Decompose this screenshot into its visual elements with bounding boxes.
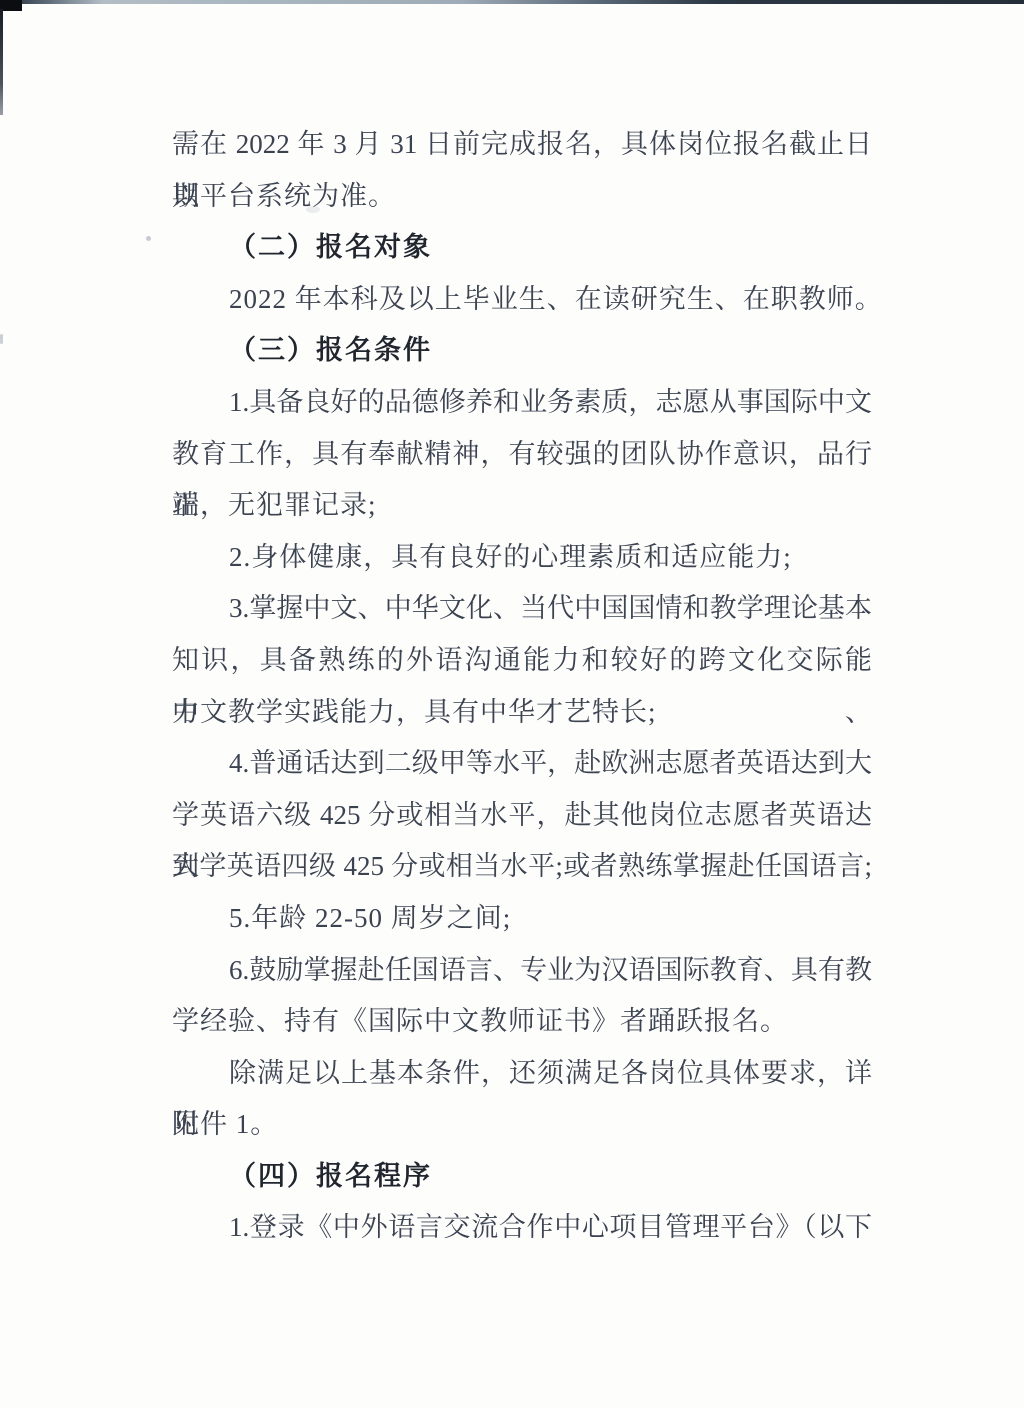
scan-artifact-corner-blob bbox=[0, 0, 22, 11]
doc-line: 3.掌握中文、中华文化、当代中国国情和教学理论基本 bbox=[172, 583, 872, 635]
scan-artifact-top-edge bbox=[0, 0, 1024, 4]
scan-speck bbox=[0, 334, 3, 344]
doc-line: 除满足以上基本条件，还须满足各岗位具体要求，详见 bbox=[172, 1048, 872, 1100]
doc-line: 大学英语四级 425 分或相当水平;或者熟练掌握赴任国语言; bbox=[172, 841, 872, 893]
scan-artifact-left-edge bbox=[0, 9, 3, 115]
doc-line: 教育工作，具有奉献精神，有较强的团队协作意识，品行端 bbox=[172, 429, 872, 481]
doc-line: 6.鼓励掌握赴任国语言、专业为汉语国际教育、具有教 bbox=[172, 945, 872, 997]
doc-line: 学经验、持有《国际中文教师证书》者踊跃报名。 bbox=[172, 996, 872, 1048]
doc-line: 正，无犯罪记录; bbox=[172, 480, 872, 532]
doc-line: 知识，具备熟练的外语沟通能力和较好的跨文化交际能力、 bbox=[172, 635, 872, 687]
doc-line: 学英语六级 425 分或相当水平，赴其他岗位志愿者英语达到 bbox=[172, 790, 872, 842]
doc-line: 1.登录《中外语言交流合作中心项目管理平台》（以下 bbox=[172, 1202, 872, 1254]
section-heading-3: （三）报名条件 bbox=[172, 325, 872, 377]
section-heading-2: （二）报名对象 bbox=[172, 222, 872, 274]
doc-line: 需在 2022 年 3 月 31 日前完成报名，具体岗位报名截止日期 bbox=[172, 119, 872, 171]
doc-line: 4.普通话达到二级甲等水平，赴欧洲志愿者英语达到大 bbox=[172, 738, 872, 790]
doc-line: 附件 1。 bbox=[172, 1099, 872, 1151]
doc-line: 1.具备良好的品德修养和业务素质，志愿从事国际中文 bbox=[172, 377, 872, 429]
doc-line: 以平台系统为准。 bbox=[172, 171, 872, 223]
scanned-document-page: 需在 2022 年 3 月 31 日前完成报名，具体岗位报名截止日期 以平台系统… bbox=[0, 0, 1024, 1408]
doc-line: 5.年龄 22-50 周岁之间; bbox=[172, 893, 872, 945]
document-text-block: 需在 2022 年 3 月 31 日前完成报名，具体岗位报名截止日期 以平台系统… bbox=[172, 119, 872, 1254]
doc-line: 2.身体健康，具有良好的心理素质和适应能力; bbox=[172, 532, 872, 584]
section-heading-4: （四）报名程序 bbox=[172, 1151, 872, 1203]
scan-speck bbox=[146, 236, 151, 241]
doc-line: 2022 年本科及以上毕业生、在读研究生、在职教师。 bbox=[172, 274, 872, 326]
